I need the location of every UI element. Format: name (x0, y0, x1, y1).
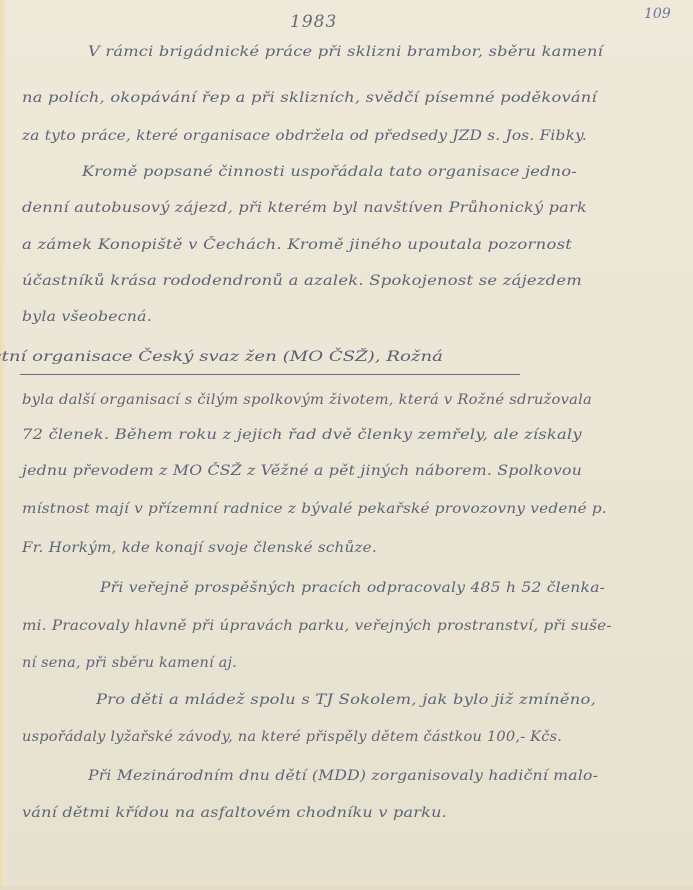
text-line: denní autobusový zájezd, při kterém byl … (22, 200, 587, 216)
text-line: Při Mezinárodním dnu dětí (MDD) zorganis… (88, 768, 598, 784)
year-header: 1983 (290, 12, 337, 32)
text-line: a zámek Konopiště v Čechách. Kromě jinéh… (22, 237, 572, 253)
text-line: Fr. Horkým, kde konají svoje členské sch… (22, 540, 377, 556)
text-line: byla všeobecná. (22, 309, 152, 325)
text-line: 72 členek. Během roku z jejich řad dvě č… (22, 427, 582, 443)
page-binding-edge (0, 0, 7, 890)
text-line: jednu převodem z MO ČSŽ z Věžné a pět ji… (22, 463, 582, 479)
text-line: V rámci brigádnické práce při sklizni br… (88, 44, 603, 60)
text-line: účastníků krása rododendronů a azalek. S… (22, 273, 582, 289)
text-line: byla další organisací s čilým spolkovým … (22, 392, 592, 408)
text-line: Kromě popsané činnosti uspořádala tato o… (82, 164, 577, 180)
text-line: vání dětmi křídou na asfaltovém chodníku… (22, 805, 447, 821)
handwritten-chronicle-page: 1983 109 V rámci brigádnické práce při s… (0, 0, 693, 890)
text-line: uspořádaly lyžařské závody, na které při… (22, 729, 562, 745)
section-heading: Místní organisace Český svaz žen (MO ČSŽ… (0, 349, 443, 365)
page-number: 109 (644, 6, 671, 22)
text-line: místnost mají v přízemní radnice z býval… (22, 501, 607, 517)
page-bottom-edge (0, 886, 693, 890)
text-line: mi. Pracovaly hlavně při úpravách parku,… (22, 618, 612, 634)
text-line: Při veřejně prospěšných pracích odpracov… (100, 580, 605, 596)
text-line: za tyto práce, které organisace obdržela… (22, 128, 587, 144)
text-line: Pro děti a mládež spolu s TJ Sokolem, ja… (96, 692, 596, 708)
text-line: na polích, okopávání řep a při sklizních… (22, 90, 597, 106)
heading-underline (20, 374, 520, 375)
text-line: ní sena, při sběru kamení aj. (22, 655, 237, 671)
